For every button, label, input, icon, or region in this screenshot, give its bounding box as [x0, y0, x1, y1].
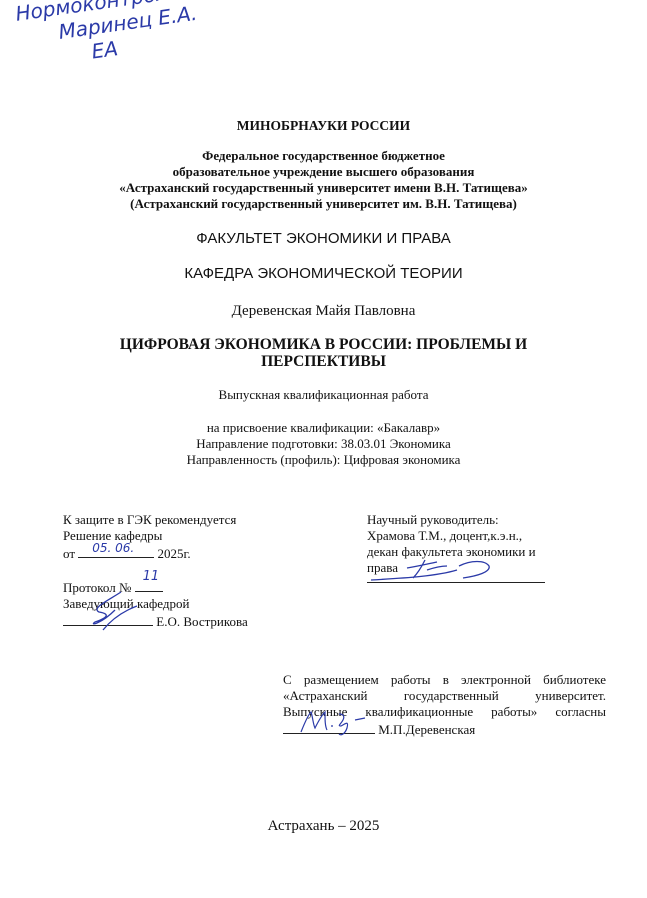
recommend-label: К защите в ГЭК рекомендуется	[63, 512, 248, 528]
institution-line-1: Федеральное государственное бюджетное	[0, 148, 647, 164]
supervisor-block: Научный руководитель: Храмова Т.М., доце…	[367, 512, 545, 583]
library-consent-block: С размещением работы в электронной библи…	[283, 672, 606, 738]
thesis-title-line1: ЦИФРОВАЯ ЭКОНОМИКА В РОССИИ: ПРОБЛЕМЫ И	[0, 336, 647, 353]
head-signature-icon	[81, 590, 141, 634]
decision-date-field: 05. 06.	[78, 544, 154, 558]
supervisor-signature-icon	[367, 556, 545, 584]
institution-line-2: образовательное учреждение высшего образ…	[0, 164, 647, 180]
handwritten-normcontrol-note: Нормоконтроль Маринец Е.А. ЕА	[14, 0, 212, 73]
department-heading: КАФЕДРА ЭКОНОМИЧЕСКОЙ ТЕОРИИ	[0, 266, 647, 282]
supervisor-label: Научный руководитель:	[367, 512, 545, 528]
protocol-number-handwritten: 11	[143, 569, 160, 585]
library-consent-signature-row: М.П.Деревенская	[283, 720, 606, 738]
decision-label: Решение кафедры	[63, 528, 248, 544]
decision-date-row: от 05. 06. 2025г.	[63, 544, 248, 562]
qualification-block: на присвоение квалификации: «Бакалавр» Н…	[0, 420, 647, 468]
decision-date-handwritten: 05. 06.	[92, 540, 134, 556]
work-type: Выпускная квалификационная работа	[0, 387, 647, 403]
head-name: Е.О. Вострикова	[156, 614, 248, 629]
institution-line-4: (Астраханский государственный университе…	[0, 196, 647, 212]
city-year: Астрахань – 2025	[0, 818, 647, 834]
supervisor-line-1: Храмова Т.М., доцент,к.э.н.,	[367, 528, 545, 544]
faculty-heading: ФАКУЛЬТЕТ ЭКОНОМИКИ И ПРАВА	[0, 231, 647, 247]
ministry-heading: МИНОБРНАУКИ РОССИИ	[0, 118, 647, 134]
qualification-line-1: на присвоение квалификации: «Бакалавр»	[0, 420, 647, 436]
head-signature-field	[63, 612, 153, 626]
student-signer-name: М.П.Деревенская	[378, 722, 475, 737]
supervisor-signature-field	[367, 576, 545, 583]
decision-year: 2025г.	[158, 546, 191, 561]
student-signature-field	[283, 720, 375, 734]
qualification-line-2: Направление подготовки: 38.03.01 Экономи…	[0, 436, 647, 452]
thesis-title-line2: ПЕРСПЕКТИВЫ	[0, 353, 647, 370]
from-label: от	[63, 546, 75, 561]
student-signature-icon	[295, 708, 375, 738]
institution-block: Федеральное государственное бюджетное об…	[0, 148, 647, 212]
library-consent-line-2: «Астраханский государственный университе…	[283, 688, 606, 704]
library-consent-line-1: С размещением работы в электронной библи…	[283, 672, 606, 688]
defense-recommendation-block: К защите в ГЭК рекомендуется Решение каф…	[63, 512, 248, 630]
institution-line-3: «Астраханский государственный университе…	[0, 180, 647, 196]
qualification-line-3: Направленность (профиль): Цифровая эконо…	[0, 452, 647, 468]
head-signature-row: Е.О. Вострикова	[63, 612, 248, 630]
thesis-title: ЦИФРОВАЯ ЭКОНОМИКА В РОССИИ: ПРОБЛЕМЫ И …	[0, 336, 647, 370]
author-name: Деревенская Майя Павловна	[0, 303, 647, 319]
